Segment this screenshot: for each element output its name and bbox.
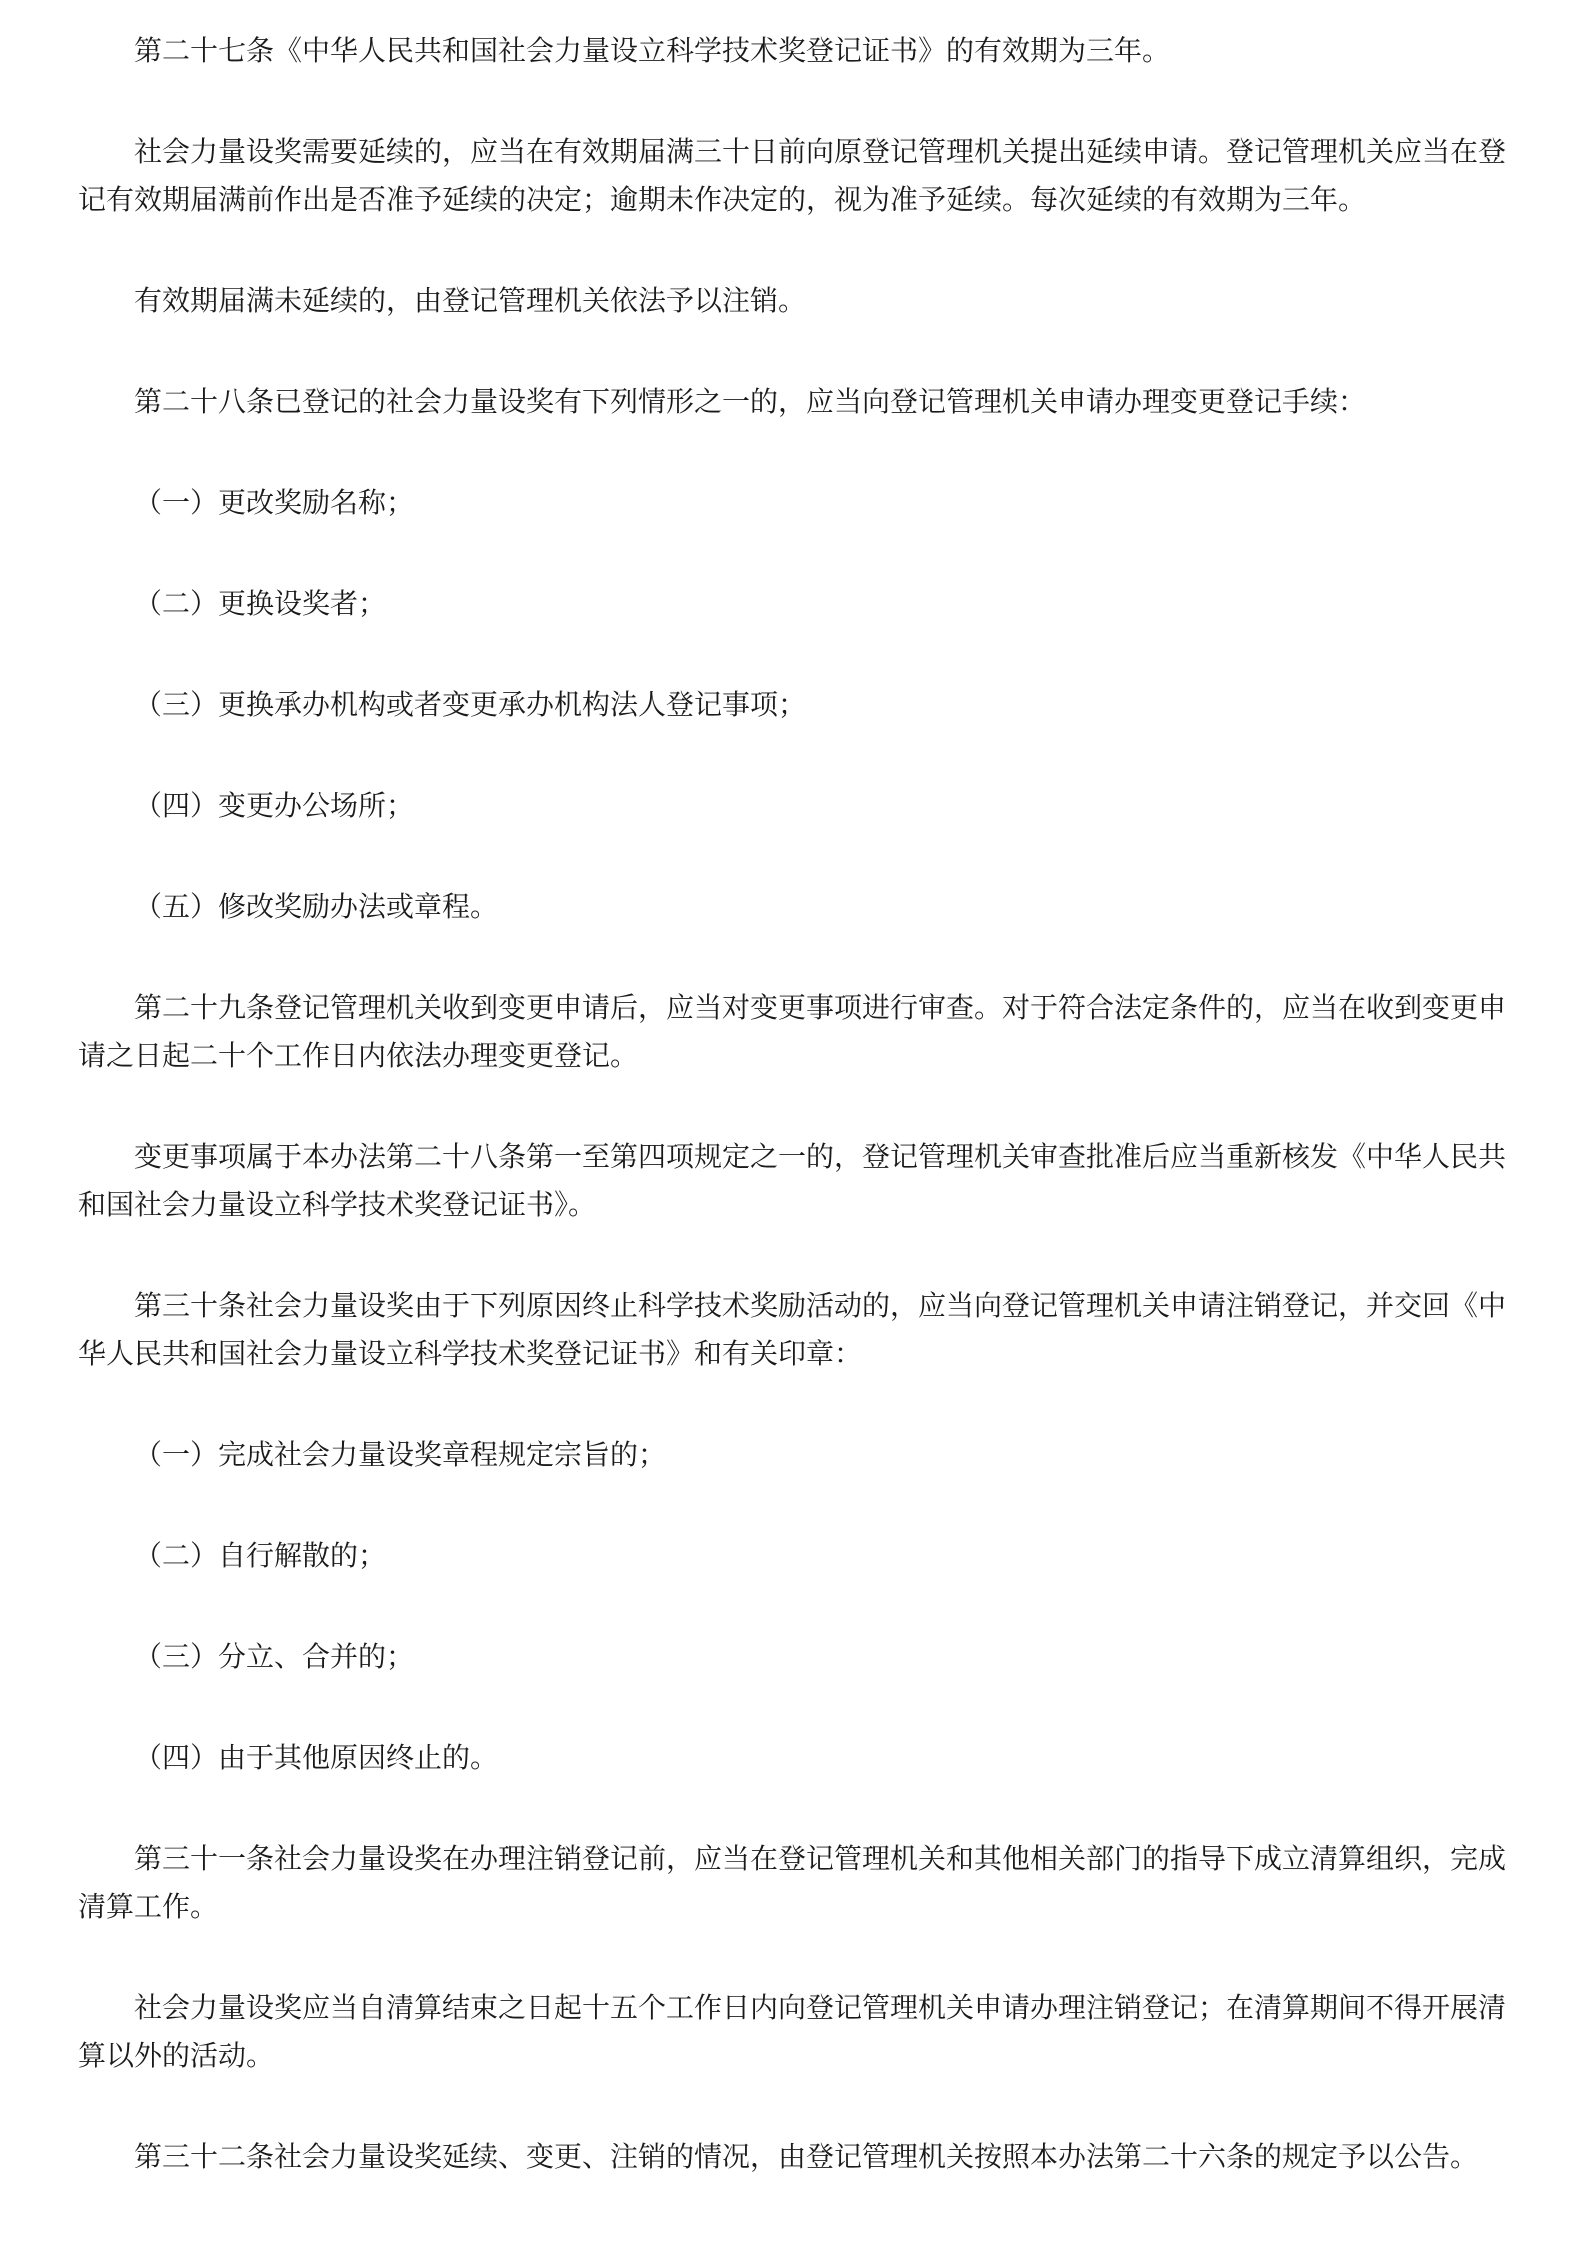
text-line: 华人民共和国社会力量设立科学技术奖登记证书》和有关印章： — [78, 1331, 1528, 1379]
paragraph: 有效期届满未延续的，由登记管理机关依法予以注销。 — [78, 278, 1528, 326]
text-line: （四）由于其他原因终止的。 — [78, 1735, 1528, 1783]
text-line: （一）完成社会力量设奖章程规定宗旨的； — [78, 1432, 1528, 1480]
text-line: 有效期届满未延续的，由登记管理机关依法予以注销。 — [78, 278, 1528, 326]
paragraph: （四）由于其他原因终止的。 — [78, 1735, 1528, 1783]
document-body: 第二十七条《中华人民共和国社会力量设立科学技术奖登记证书》的有效期为三年。社会力… — [78, 28, 1528, 2182]
paragraph: 第二十九条登记管理机关收到变更申请后，应当对变更事项进行审查。对于符合法定条件的… — [78, 985, 1528, 1081]
paragraph: （二）自行解散的； — [78, 1533, 1528, 1581]
paragraph: 第三十条社会力量设奖由于下列原因终止科学技术奖励活动的，应当向登记管理机关申请注… — [78, 1283, 1528, 1379]
paragraph: （四）变更办公场所； — [78, 783, 1528, 831]
paragraph: 第三十一条社会力量设奖在办理注销登记前，应当在登记管理机关和其他相关部门的指导下… — [78, 1836, 1528, 1932]
paragraph: （三）更换承办机构或者变更承办机构法人登记事项； — [78, 682, 1528, 730]
text-line: （四）变更办公场所； — [78, 783, 1528, 831]
text-line: 第二十八条已登记的社会力量设奖有下列情形之一的，应当向登记管理机关申请办理变更登… — [78, 379, 1528, 427]
text-line: 算以外的活动。 — [78, 2033, 1528, 2081]
text-line: （一）更改奖励名称； — [78, 480, 1528, 528]
paragraph: 第二十七条《中华人民共和国社会力量设立科学技术奖登记证书》的有效期为三年。 — [78, 28, 1528, 76]
text-line: 第二十九条登记管理机关收到变更申请后，应当对变更事项进行审查。对于符合法定条件的… — [78, 985, 1528, 1033]
text-line: （五）修改奖励办法或章程。 — [78, 884, 1528, 932]
text-line: 变更事项属于本办法第二十八条第一至第四项规定之一的，登记管理机关审查批准后应当重… — [78, 1134, 1528, 1182]
paragraph: 社会力量设奖需要延续的，应当在有效期届满三十日前向原登记管理机关提出延续申请。登… — [78, 129, 1528, 225]
text-line: 和国社会力量设立科学技术奖登记证书》。 — [78, 1182, 1528, 1230]
paragraph: （三）分立、合并的； — [78, 1634, 1528, 1682]
paragraph: （一）更改奖励名称； — [78, 480, 1528, 528]
text-line: （三）更换承办机构或者变更承办机构法人登记事项； — [78, 682, 1528, 730]
paragraph: 第二十八条已登记的社会力量设奖有下列情形之一的，应当向登记管理机关申请办理变更登… — [78, 379, 1528, 427]
text-line: （二）更换设奖者； — [78, 581, 1528, 629]
text-line: （三）分立、合并的； — [78, 1634, 1528, 1682]
paragraph: 社会力量设奖应当自清算结束之日起十五个工作日内向登记管理机关申请办理注销登记；在… — [78, 1985, 1528, 2081]
paragraph: （五）修改奖励办法或章程。 — [78, 884, 1528, 932]
text-line: 第三十条社会力量设奖由于下列原因终止科学技术奖励活动的，应当向登记管理机关申请注… — [78, 1283, 1528, 1331]
text-line: 记有效期届满前作出是否准予延续的决定；逾期未作决定的，视为准予延续。每次延续的有… — [78, 177, 1528, 225]
text-line: 社会力量设奖需要延续的，应当在有效期届满三十日前向原登记管理机关提出延续申请。登… — [78, 129, 1528, 177]
paragraph: （一）完成社会力量设奖章程规定宗旨的； — [78, 1432, 1528, 1480]
paragraph: 变更事项属于本办法第二十八条第一至第四项规定之一的，登记管理机关审查批准后应当重… — [78, 1134, 1528, 1230]
text-line: 第三十二条社会力量设奖延续、变更、注销的情况，由登记管理机关按照本办法第二十六条… — [78, 2134, 1528, 2182]
text-line: 第二十七条《中华人民共和国社会力量设立科学技术奖登记证书》的有效期为三年。 — [78, 28, 1528, 76]
text-line: （二）自行解散的； — [78, 1533, 1528, 1581]
text-line: 第三十一条社会力量设奖在办理注销登记前，应当在登记管理机关和其他相关部门的指导下… — [78, 1836, 1528, 1884]
text-line: 清算工作。 — [78, 1884, 1528, 1932]
paragraph: （二）更换设奖者； — [78, 581, 1528, 629]
text-line: 社会力量设奖应当自清算结束之日起十五个工作日内向登记管理机关申请办理注销登记；在… — [78, 1985, 1528, 2033]
paragraph: 第三十二条社会力量设奖延续、变更、注销的情况，由登记管理机关按照本办法第二十六条… — [78, 2134, 1528, 2182]
text-line: 请之日起二十个工作日内依法办理变更登记。 — [78, 1033, 1528, 1081]
document-page: 第二十七条《中华人民共和国社会力量设立科学技术奖登记证书》的有效期为三年。社会力… — [0, 0, 1587, 2245]
